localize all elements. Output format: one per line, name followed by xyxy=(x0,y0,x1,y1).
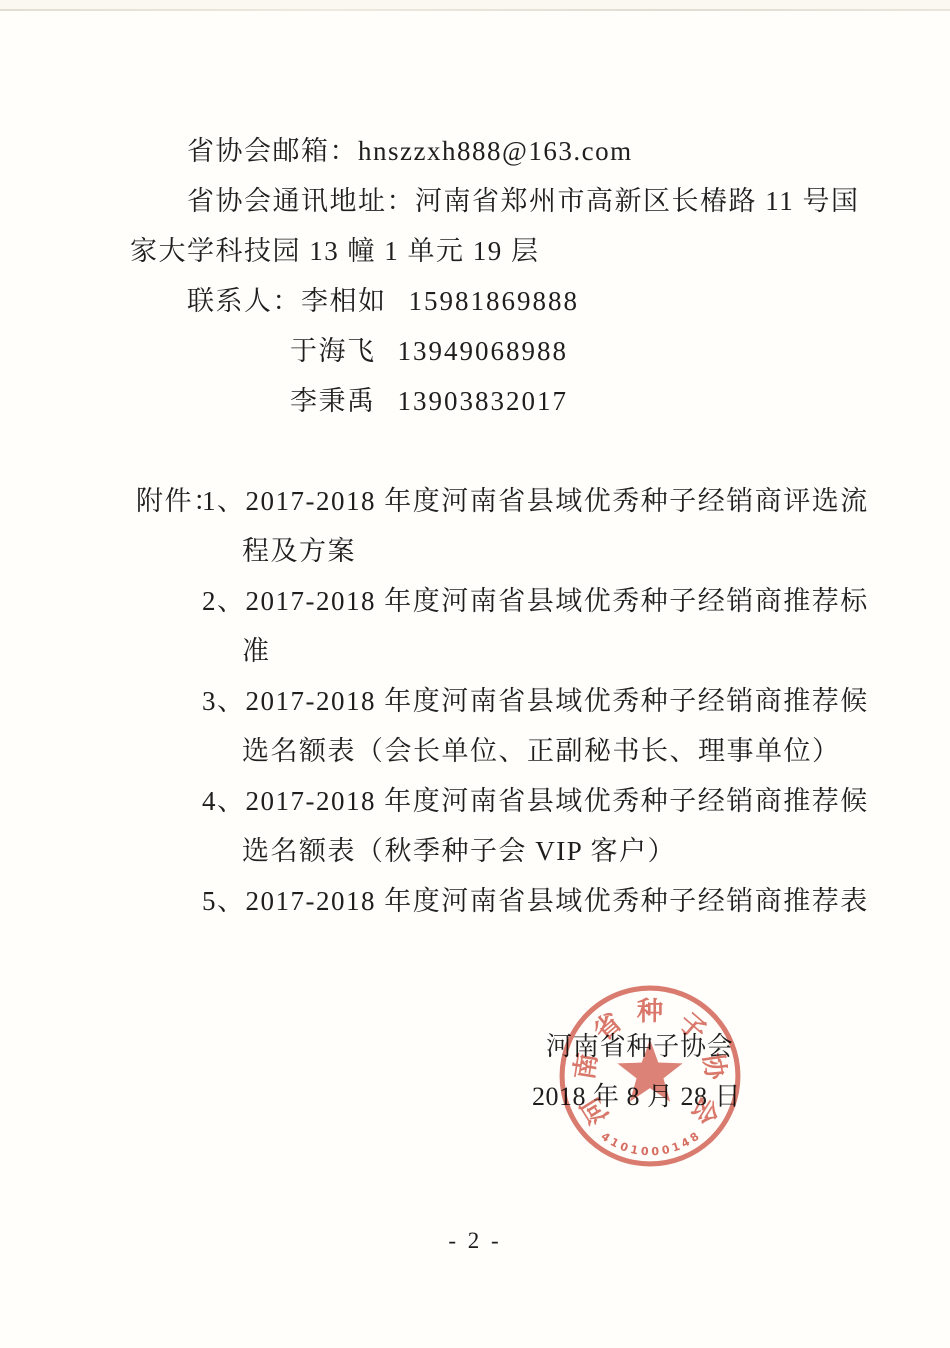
contact-row: 联系人：李相如15981869888 xyxy=(130,276,824,326)
contact-row: 于海飞13949068988 xyxy=(130,326,824,376)
attachment-line: 程及方案 xyxy=(130,526,824,576)
attachment-line: 3、2017-2018 年度河南省县域优秀种子经销商推荐候 xyxy=(130,676,824,726)
page-number: - 2 - xyxy=(0,1228,950,1254)
attachment-line: 2、2017-2018 年度河南省县域优秀种子经销商推荐标 xyxy=(130,576,824,626)
seal-code-digit: 0 xyxy=(661,1143,672,1157)
star-icon xyxy=(617,1040,682,1102)
scan-artifact-top xyxy=(0,0,950,9)
scan-artifact-edge-line xyxy=(0,9,950,11)
contacts-label: 联系人： xyxy=(187,286,301,316)
attachment-line: 1、2017-2018 年度河南省县域优秀种子经销商评选流 xyxy=(130,476,824,526)
seal-ring-character: 河 xyxy=(576,1091,615,1129)
attachment-item: 4、2017-2018 年度河南省县域优秀种子经销商推荐候 选名额表（秋季种子会… xyxy=(130,776,824,876)
contact-name: 于海飞 xyxy=(290,336,376,366)
attachment-line: 5、2017-2018 年度河南省县域优秀种子经销商推荐表 xyxy=(130,876,824,926)
seal-ring-character: 子 xyxy=(673,1007,712,1046)
attachment-line: 选名额表（会长单位、正副秘书长、理事单位） xyxy=(130,726,824,776)
attachments-section: 附件： 1、2017-2018 年度河南省县域优秀种子经销商评选流 程及方案 2… xyxy=(130,476,824,926)
contact-name: 李相如 xyxy=(301,286,387,316)
seal-ring-character: 南 xyxy=(570,1051,603,1081)
attachment-item: 1、2017-2018 年度河南省县域优秀种子经销商评选流 程及方案 xyxy=(130,476,824,576)
contact-phone: 13903832017 xyxy=(398,386,569,416)
contact-phone: 15981869888 xyxy=(409,286,580,316)
contact-row: 李秉禹13903832017 xyxy=(130,376,824,426)
seal-code-digit: 0 xyxy=(651,1145,660,1159)
contact-phone: 13949068988 xyxy=(398,336,569,366)
seal-ring-character: 省 xyxy=(588,1007,627,1046)
attachment-item: 3、2017-2018 年度河南省县域优秀种子经销商推荐候 选名额表（会长单位、… xyxy=(130,676,824,776)
address-line-1: 省协会通讯地址：河南省郑州市高新区长椿路 11 号国 xyxy=(130,176,824,226)
attachment-line: 准 xyxy=(130,626,824,676)
email-line: 省协会邮箱：hnszzxh888@163.com xyxy=(130,126,824,176)
seal-ring-character: 种 xyxy=(637,997,664,1026)
address-line-2: 家大学科技园 13 幢 1 单元 19 层 xyxy=(130,226,824,276)
attachment-line: 4、2017-2018 年度河南省县域优秀种子经销商推荐候 xyxy=(130,776,824,826)
attachments-label: 附件： xyxy=(136,476,222,526)
contact-name: 李秉禹 xyxy=(290,386,376,416)
seal-code-digit: 0 xyxy=(640,1145,649,1159)
seal-code-digit: 0 xyxy=(618,1140,630,1155)
official-seal-stamp: 河南省种子协会4101000148 xyxy=(554,980,746,1172)
body-text-block: 省协会邮箱：hnszzxh888@163.com 省协会通讯地址：河南省郑州市高… xyxy=(130,126,824,926)
seal-ring-character: 会 xyxy=(686,1091,725,1129)
document-page: 省协会邮箱：hnszzxh888@163.com 省协会通讯地址：河南省郑州市高… xyxy=(0,0,950,1348)
seal-code-digit: 1 xyxy=(629,1143,639,1157)
seal-ring-character: 协 xyxy=(698,1051,731,1083)
attachment-item: 2、2017-2018 年度河南省县域优秀种子经销商推荐标 准 xyxy=(130,576,824,676)
attachment-item: 5、2017-2018 年度河南省县域优秀种子经销商推荐表 xyxy=(130,876,824,926)
attachment-line: 选名额表（秋季种子会 VIP 客户） xyxy=(130,826,824,876)
